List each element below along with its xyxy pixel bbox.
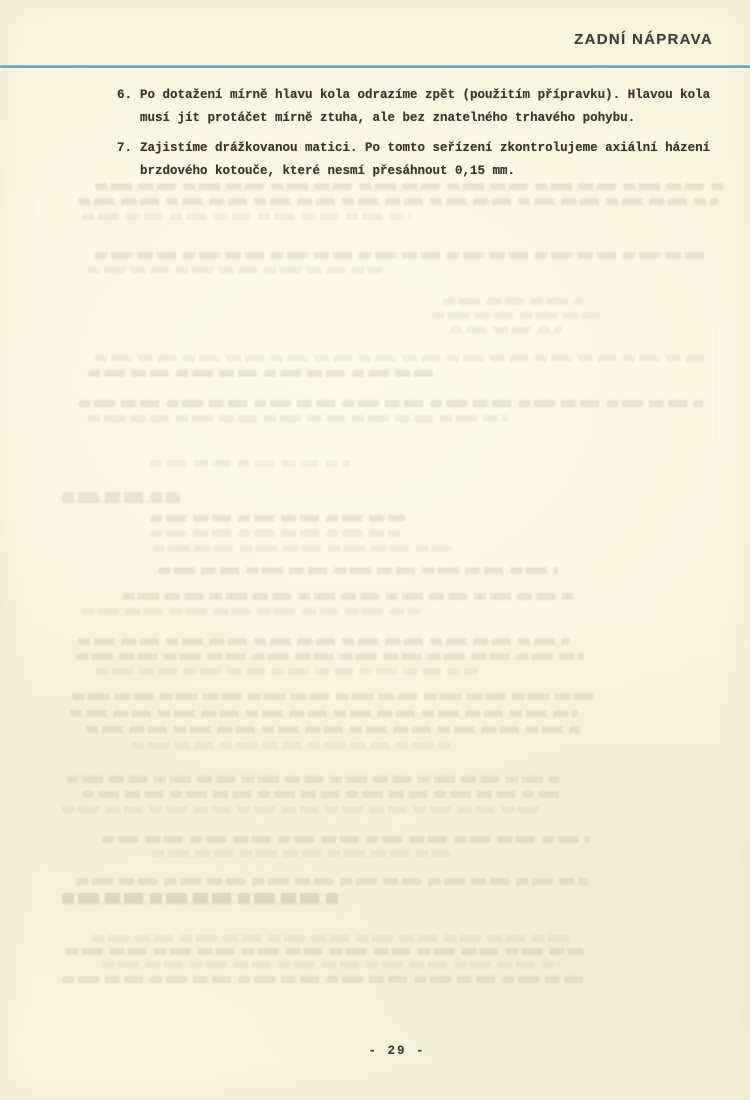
bleed-through-line: [450, 326, 562, 333]
bleed-through-line: [62, 492, 180, 503]
item-number: 6.: [117, 84, 140, 107]
bleed-through-line: [70, 710, 578, 717]
bleed-through-line: [95, 183, 725, 190]
bleed-through-line: [150, 530, 400, 537]
bleed-through-line: [66, 948, 584, 955]
bleed-through-line: [72, 693, 600, 700]
bleed-through-line: [82, 791, 565, 798]
bleed-through-line: [82, 608, 420, 615]
scanned-manual-page: ZADNÍ NÁPRAVA 6. Po dotažení mírně hlavu…: [0, 0, 750, 1100]
bleed-through-line: [62, 806, 540, 813]
bleed-through-line: [66, 776, 560, 783]
bleed-through-line: [152, 850, 450, 857]
bleed-through-line: [122, 593, 574, 600]
bleed-through-line: [78, 638, 570, 645]
bleed-through-line: [95, 252, 710, 259]
bleed-through-line: [62, 976, 590, 983]
instruction-item-6: 6. Po dotažení mírně hlavu kola odrazíme…: [117, 84, 736, 130]
instruction-item-7: 7. Zajistíme drážkovanou matici. Po tomt…: [117, 137, 736, 183]
bleed-through-line: [158, 567, 558, 574]
bleed-through-line: [152, 545, 452, 552]
bleed-through-line: [95, 355, 707, 362]
bleed-through-line: [150, 460, 350, 467]
bleed-through-line: [62, 893, 340, 904]
bleed-through-line: [443, 298, 583, 305]
section-title: ZADNÍ NÁPRAVA: [574, 31, 713, 48]
header-divider-rule: [0, 65, 750, 68]
bleed-through-line: [150, 515, 405, 522]
bleed-through-line: [88, 415, 508, 422]
item-number: 7.: [117, 137, 140, 160]
bleed-through-line: [86, 726, 580, 733]
bleed-through-line: [432, 312, 600, 319]
bleed-through-line: [92, 935, 575, 942]
bleed-through-line: [96, 668, 478, 675]
item-text: Po dotažení mírně hlavu kola odrazíme zp…: [140, 84, 736, 130]
bleed-through-line: [82, 213, 412, 220]
bleed-through-line: [78, 400, 703, 407]
bleed-through-line: [102, 836, 590, 843]
item-text: Zajistíme drážkovanou matici. Po tomto s…: [140, 137, 736, 183]
page-number: - 29 -: [368, 1044, 425, 1058]
bleed-through-line: [132, 742, 450, 749]
bleed-through-line: [88, 370, 433, 377]
bleed-through-line: [78, 198, 718, 205]
bleed-through-line: [76, 878, 588, 885]
bleed-through-line: [88, 267, 383, 274]
bleed-through-line: [102, 961, 560, 968]
bleed-through-line: [76, 653, 584, 660]
